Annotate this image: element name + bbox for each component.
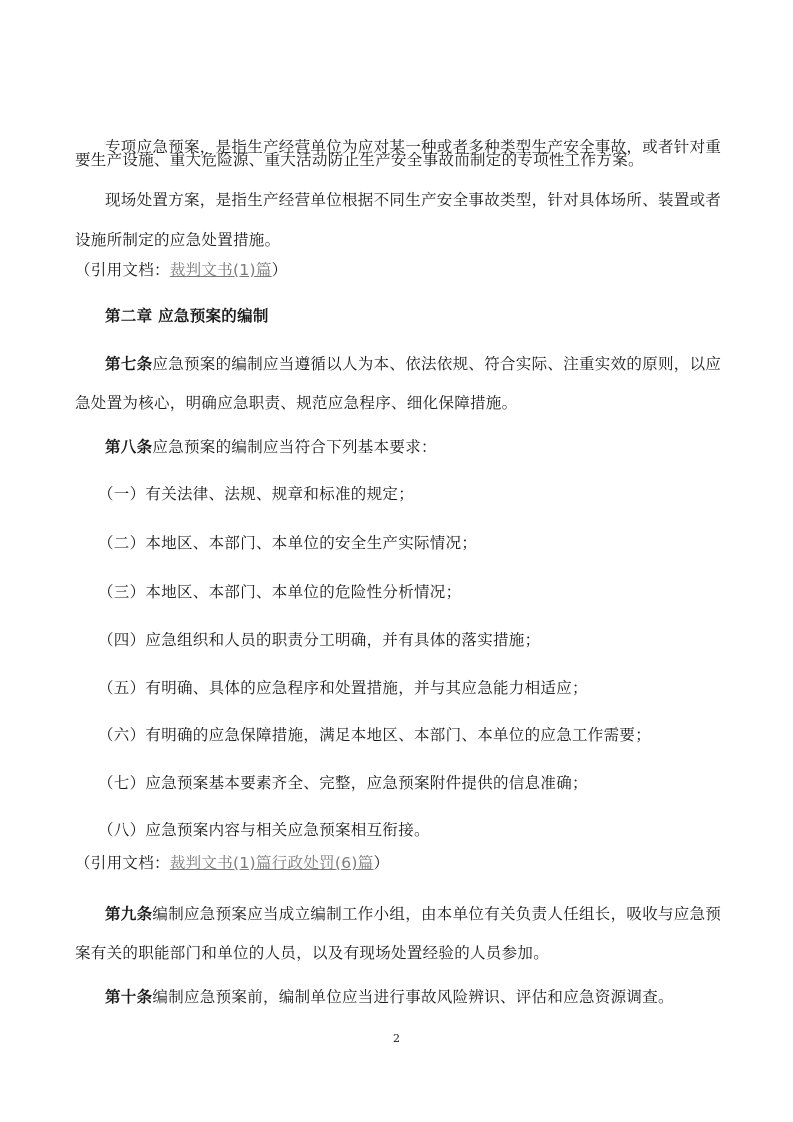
article-7-label: 第七条 xyxy=(105,355,152,373)
article-8-item-7: （七）应急预案基本要素齐全、完整，应急预案附件提供的信息准确； xyxy=(98,773,588,793)
paragraph-special-plan-line2: 要生产设施、重大危险源、重大活动防止生产安全事故而制定的专项性工作方案。 xyxy=(75,150,644,170)
citation-link-judgments-penalties[interactable]: 裁判文书(1)篇行政处罚(6)篇 xyxy=(170,854,374,872)
article-8-text: 应急预案的编制应当符合下列基本要求： xyxy=(152,438,436,456)
article-8-item-1: （一）有关法律、法规、规章和标准的规定； xyxy=(98,484,414,504)
paragraph-onsite-plan-line1: 现场处置方案，是指生产经营单位根据不同生产安全事故类型，针对具体场所、装置或者 xyxy=(105,190,721,210)
article-9-line1: 第九条编制应急预案应当成立编制工作小组，由本单位有关负责人任组长，吸收与应急预 xyxy=(105,904,721,924)
article-7-line1: 第七条应急预案的编制应当遵循以人为本、依法依规、符合实际、注重实效的原则，以应 xyxy=(105,354,721,374)
citation-prefix: （引用文档： xyxy=(75,854,170,872)
article-9-text: 编制应急预案应当成立编制工作小组，由本单位有关负责人任组长，吸收与应急预 xyxy=(152,905,721,923)
article-10-line: 第十条编制应急预案前，编制单位应当进行事故风险辨识、评估和应急资源调查。 xyxy=(105,987,674,1007)
article-8-label: 第八条 xyxy=(105,438,152,456)
article-7-text: 应急预案的编制应当遵循以人为本、依法依规、符合实际、注重实效的原则，以应 xyxy=(152,355,721,373)
article-8-item-4: （四）应急组织和人员的职责分工明确，并有具体的落实措施； xyxy=(98,630,540,650)
article-8-item-8: （八）应急预案内容与相关应急预案相互衔接。 xyxy=(98,820,430,840)
article-9-label: 第九条 xyxy=(105,905,152,923)
citation-suffix: ） xyxy=(374,854,390,872)
chapter-heading: 第二章 应急预案的编制 xyxy=(105,306,269,326)
page-number: 2 xyxy=(0,1032,793,1045)
article-8-item-2: （二）本地区、本部门、本单位的安全生产实际情况； xyxy=(98,533,477,553)
article-8-item-6: （六）有明确的应急保障措施，满足本地区、本部门、本单位的应急工作需要； xyxy=(98,725,651,745)
article-10-text: 编制应急预案前，编制单位应当进行事故风险辨识、评估和应急资源调查。 xyxy=(152,988,673,1006)
paragraph-onsite-plan-line2: 设施所制定的应急处置措施。 xyxy=(75,230,280,250)
citation-suffix: ） xyxy=(272,261,288,279)
article-7-line2: 急处置为核心，明确应急职责、规范应急程序、细化保障措施。 xyxy=(75,393,517,413)
article-8-item-3: （三）本地区、本部门、本单位的危险性分析情况； xyxy=(98,582,461,602)
citation-1: （引用文档：裁判文书(1)篇） xyxy=(75,260,287,280)
citation-prefix: （引用文档： xyxy=(75,261,170,279)
article-8-line: 第八条应急预案的编制应当符合下列基本要求： xyxy=(105,437,437,457)
citation-2: （引用文档：裁判文书(1)篇行政处罚(6)篇） xyxy=(75,853,389,873)
article-9-line2: 案有关的职能部门和单位的人员，以及有现场处置经验的人员参加。 xyxy=(75,943,549,963)
article-10-label: 第十条 xyxy=(105,988,152,1006)
article-8-item-5: （五）有明确、具体的应急程序和处置措施，并与其应急能力相适应； xyxy=(98,678,588,698)
citation-link-judgments[interactable]: 裁判文书(1)篇 xyxy=(170,261,272,279)
